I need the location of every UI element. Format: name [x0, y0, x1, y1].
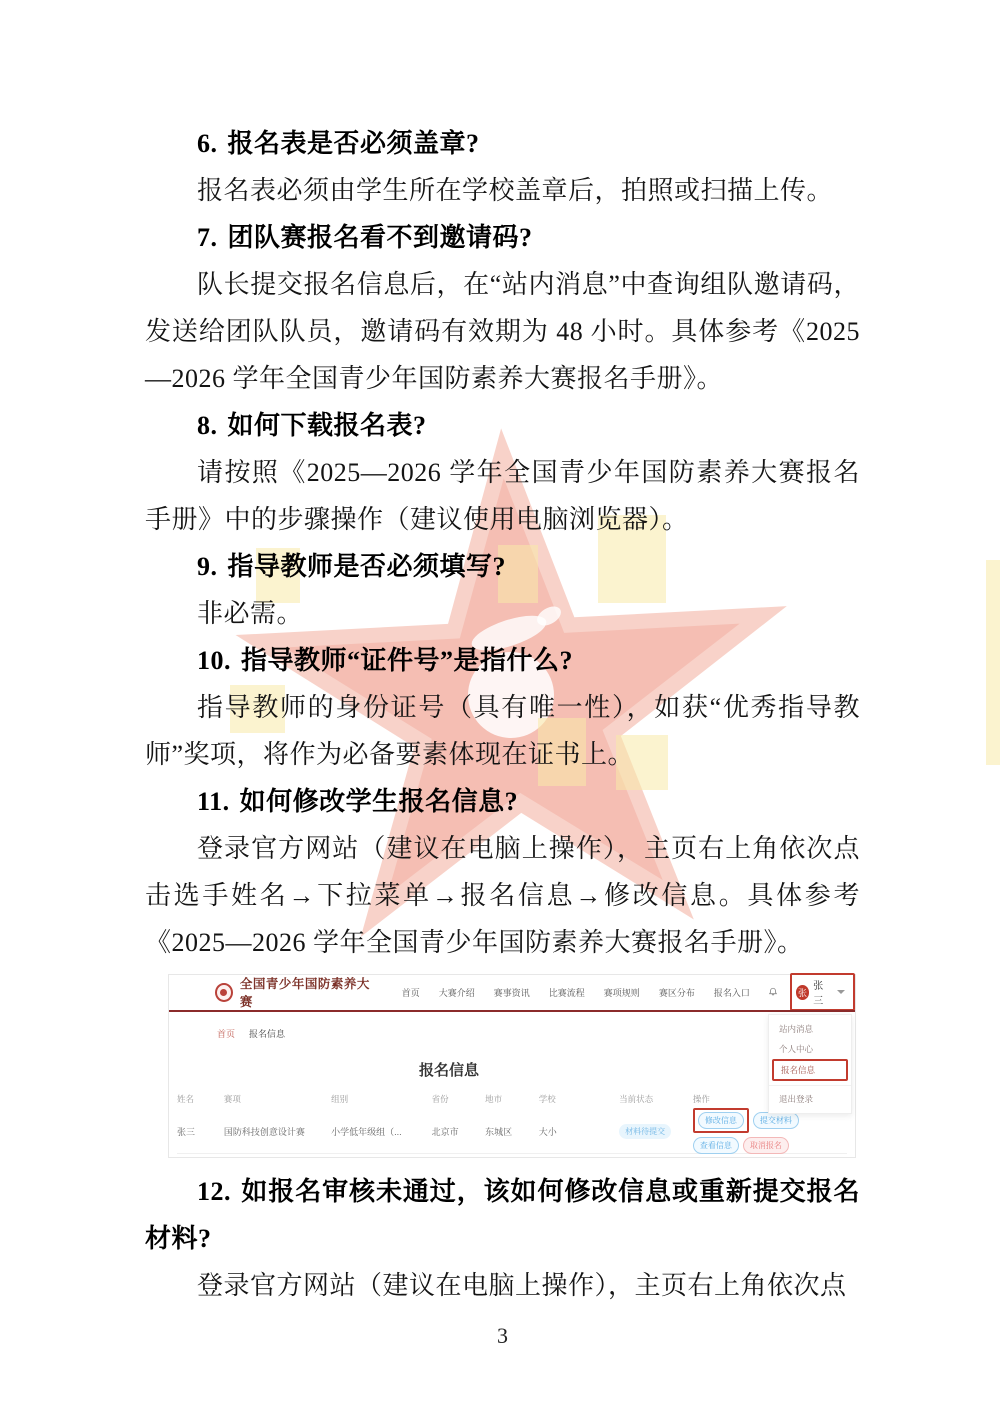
nav-item-news[interactable]: 赛事资讯: [494, 986, 530, 999]
document-page: 6.报名表是否必须盖章? 报名表必须由学生所在学校盖章后，拍照或扫描上传。 7.…: [0, 0, 1000, 1414]
cancel-registration-button[interactable]: 取消报名: [743, 1137, 789, 1154]
cell-event: 国防科技创意设计赛: [224, 1125, 331, 1138]
answer-6: 报名表必须由学生所在学校盖章后，拍照或扫描上传。: [145, 167, 860, 214]
col-event: 赛项: [224, 1093, 331, 1105]
menu-item-messages[interactable]: 站内消息: [769, 1019, 851, 1039]
question-number: 10.: [197, 646, 231, 675]
question-6: 6.报名表是否必须盖章?: [145, 120, 860, 167]
question-number: 7.: [197, 223, 218, 252]
col-group: 组别: [331, 1093, 432, 1105]
nav-item-home[interactable]: 首页: [402, 986, 420, 999]
question-7: 7.团队赛报名看不到邀请码?: [145, 214, 860, 261]
breadcrumb-current: 报名信息: [249, 1027, 285, 1040]
site-nav: 首页 大赛介绍 赛事资讯 比赛流程 赛项规则 赛区分布 报名入口: [402, 986, 750, 999]
question-number: 9.: [197, 552, 218, 581]
cell-name: 张三: [177, 1125, 224, 1138]
nav-item-intro[interactable]: 大赛介绍: [439, 986, 475, 999]
nav-item-rules[interactable]: 赛项规则: [604, 986, 640, 999]
site-header: 全国青少年国防素养大赛 首页 大赛介绍 赛事资讯 比赛流程 赛项规则 赛区分布 …: [169, 975, 855, 1009]
cell-province: 北京市: [432, 1125, 486, 1138]
nav-item-regions[interactable]: 赛区分布: [659, 986, 695, 999]
answer-11: 登录官方网站（建议在电脑上操作），主页右上角依次点击选手姓名→下拉菜单→报名信息…: [145, 825, 860, 966]
site-logo: 全国青少年国防素养大赛: [215, 974, 372, 1010]
breadcrumb: 首页 报名信息: [217, 1027, 285, 1040]
question-text: 如何下载报名表?: [228, 411, 427, 440]
table-header: 姓名 赛项 组别 省份 地市 学校 当前状态 操作: [177, 1093, 847, 1105]
submit-material-button[interactable]: 提交材料: [753, 1112, 799, 1129]
question-number: 12.: [197, 1177, 231, 1206]
avatar: 张: [796, 985, 809, 1000]
page-number: 3: [145, 1323, 860, 1349]
status-badge: 材料待提交: [619, 1124, 671, 1139]
answer-9: 非必需。: [145, 590, 860, 637]
answer-7: 队长提交报名信息后，在“站内消息”中查询组队邀请码，发送给团队队员，邀请码有效期…: [145, 261, 860, 402]
question-text: 如报名审核未通过，该如何修改信息或重新提交报名材料?: [145, 1177, 860, 1253]
question-text: 指导教师是否必须填写?: [228, 552, 507, 581]
question-number: 6.: [197, 129, 218, 158]
menu-item-profile[interactable]: 个人中心: [769, 1039, 851, 1059]
col-school: 学校: [539, 1093, 619, 1105]
user-dropdown-menu: 站内消息 个人中心 报名信息 退出登录: [768, 1014, 852, 1114]
user-menu-chip[interactable]: 张 张三: [790, 973, 855, 1011]
menu-item-registration[interactable]: 报名信息: [772, 1059, 848, 1081]
cell-city: 东城区: [485, 1125, 539, 1138]
question-text: 如何修改学生报名信息?: [240, 787, 519, 816]
col-status: 当前状态: [619, 1093, 693, 1105]
chevron-down-icon: [837, 990, 845, 994]
answer-10: 指导教师的身份证号（具有唯一性），如获“优秀指导教师”奖项，将作为必备要素体现在…: [145, 684, 860, 778]
embedded-screenshot: 全国青少年国防素养大赛 首页 大赛介绍 赛事资讯 比赛流程 赛项规则 赛区分布 …: [168, 974, 856, 1158]
question-text: 报名表是否必须盖章?: [228, 129, 480, 158]
faq-document: 6.报名表是否必须盖章? 报名表必须由学生所在学校盖章后，拍照或扫描上传。 7.…: [145, 120, 860, 1371]
table-row: 张三 国防科技创意设计赛 小学低年级组（... 北京市 东城区 大小 材料待提交…: [177, 1109, 847, 1154]
nav-item-process[interactable]: 比赛流程: [549, 986, 585, 999]
site-logo-icon: [215, 983, 233, 1002]
menu-item-logout[interactable]: 退出登录: [769, 1085, 851, 1109]
site-title: 全国青少年国防素养大赛: [240, 974, 372, 1010]
edit-info-button[interactable]: 修改信息: [698, 1112, 744, 1129]
question-text: 指导教师“证件号”是指什么?: [241, 646, 573, 675]
cell-school: 大小: [539, 1125, 619, 1138]
answer-8: 请按照《2025—2026 学年全国青少年国防素养大赛报名手册》中的步骤操作（建…: [145, 449, 860, 543]
cell-actions: 修改信息 提交材料 查看信息 取消报名: [693, 1108, 847, 1154]
answer-12: 登录官方网站（建议在电脑上操作），主页右上角依次点: [145, 1262, 860, 1309]
nav-item-register[interactable]: 报名入口: [714, 986, 750, 999]
watermark-highlight: [986, 560, 1000, 765]
question-11: 11.如何修改学生报名信息?: [145, 778, 860, 825]
col-province: 省份: [432, 1093, 486, 1105]
cell-group: 小学低年级组（...: [331, 1125, 432, 1138]
col-name: 姓名: [177, 1093, 224, 1105]
bell-icon[interactable]: [768, 987, 778, 997]
header-divider: [169, 1010, 855, 1012]
section-title: 报名信息: [169, 1059, 729, 1080]
cell-status: 材料待提交: [619, 1124, 693, 1139]
breadcrumb-home[interactable]: 首页: [217, 1027, 235, 1040]
question-9: 9.指导教师是否必须填写?: [145, 543, 860, 590]
view-info-button[interactable]: 查看信息: [693, 1137, 739, 1154]
col-city: 地市: [485, 1093, 539, 1105]
user-name: 张三: [813, 977, 831, 1007]
question-number: 8.: [197, 411, 218, 440]
question-8: 8.如何下载报名表?: [145, 402, 860, 449]
question-12: 12.如报名审核未通过，该如何修改信息或重新提交报名材料?: [145, 1168, 860, 1262]
question-number: 11.: [197, 787, 230, 816]
question-text: 团队赛报名看不到邀请码?: [228, 223, 533, 252]
question-10: 10.指导教师“证件号”是指什么?: [145, 637, 860, 684]
annotation-box: 修改信息: [693, 1108, 749, 1133]
